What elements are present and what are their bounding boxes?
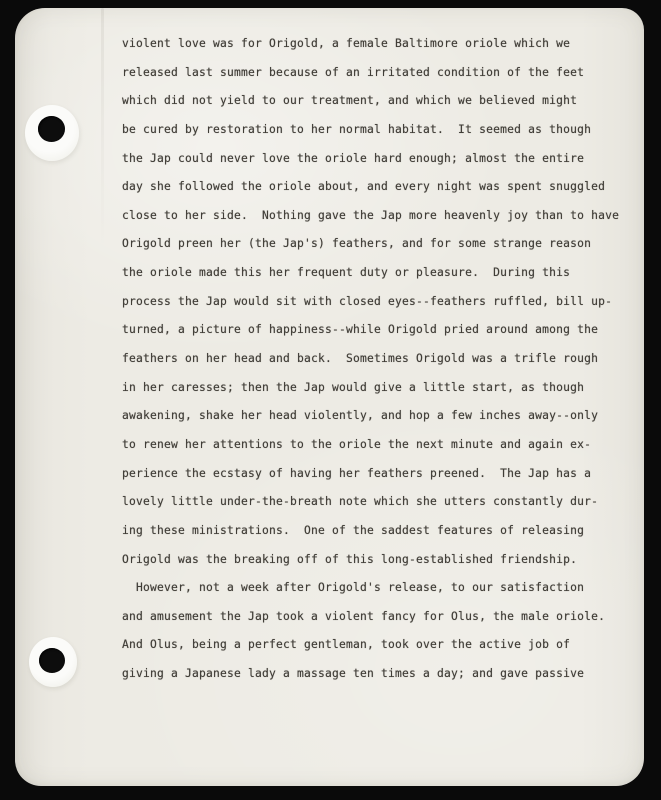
typewritten-text-block: violent love was for Origold, a female B… [122,30,634,689]
text-line: released last summer because of an irrit… [122,59,634,88]
text-line: day she followed the oriole about, and e… [122,173,634,202]
text-line: close to her side. Nothing gave the Jap … [122,202,634,231]
text-line: However, not a week after Origold's rele… [122,574,634,603]
text-line: ing these ministrations. One of the sadd… [122,517,634,546]
text-line: turned, a picture of happiness--while Or… [122,316,634,345]
text-line: the oriole made this her frequent duty o… [122,259,634,288]
paper-crease [101,8,104,248]
text-line: feathers on her head and back. Sometimes… [122,345,634,374]
text-line: Origold preen her (the Jap's) feathers, … [122,230,634,259]
text-line: process the Jap would sit with closed ey… [122,288,634,317]
hole-punch-top [38,116,65,142]
hole-punch-bottom [39,648,65,673]
text-line: lovely little under-the-breath note whic… [122,488,634,517]
text-line: perience the ecstasy of having her feath… [122,460,634,489]
text-line: to renew her attentions to the oriole th… [122,431,634,460]
text-line: and amusement the Jap took a violent fan… [122,603,634,632]
text-line: violent love was for Origold, a female B… [122,30,634,59]
text-line: in her caresses; then the Jap would give… [122,374,634,403]
text-line: giving a Japanese lady a massage ten tim… [122,660,634,689]
text-line: be cured by restoration to her normal ha… [122,116,634,145]
text-line: which did not yield to our treatment, an… [122,87,634,116]
text-line: Origold was the breaking off of this lon… [122,546,634,575]
text-line: awakening, shake her head violently, and… [122,402,634,431]
scanned-document-screenshot: { "page": { "background_color": "#0a0a0a… [0,0,661,800]
text-line: And Olus, being a perfect gentleman, too… [122,631,634,660]
text-line: the Jap could never love the oriole hard… [122,145,634,174]
scanned-page: violent love was for Origold, a female B… [15,8,644,786]
